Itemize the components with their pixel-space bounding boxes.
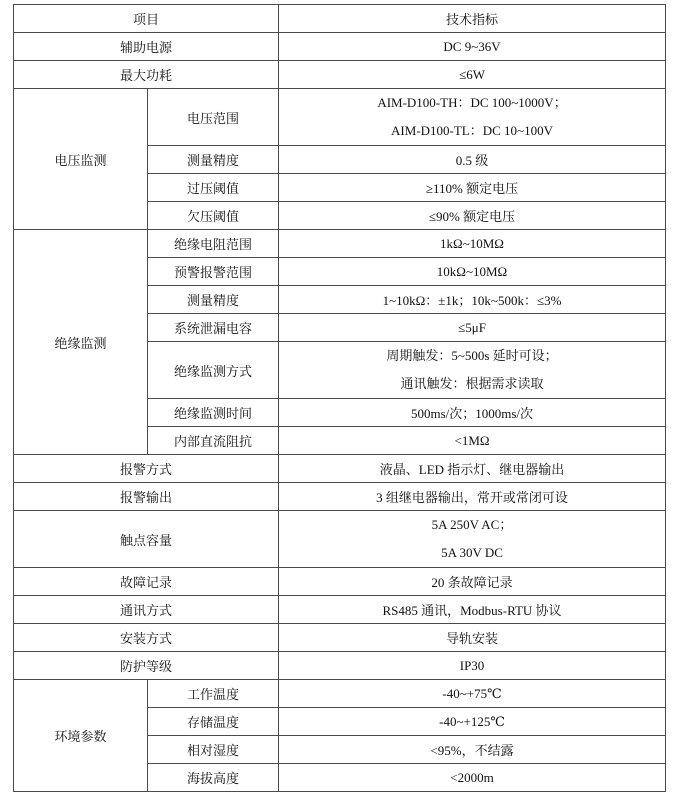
row-value-insulation-accuracy: 1~10kΩ：±1k；10k~500k：≤3%: [279, 286, 666, 314]
table-row: 电压监测 电压范围 AIM-D100-TH：DC 100~1000V； AIM-…: [14, 89, 666, 146]
value-line: AIM-D100-TL：DC 10~100V: [281, 117, 663, 145]
header-spec-cell: 技术指标: [279, 5, 666, 33]
sub-label-overvoltage-threshold: 过压阈值: [148, 174, 279, 202]
row-value-max-power: ≤6W: [279, 61, 666, 89]
row-value-altitude: <2000m: [279, 764, 666, 792]
sub-label-system-leakage-capacitance: 系统泄漏电容: [148, 314, 279, 342]
row-label-protection-level: 防护等级: [14, 652, 279, 680]
row-label-communication: 通讯方式: [14, 596, 279, 624]
sub-label-relative-humidity: 相对湿度: [148, 736, 279, 764]
row-value-communication: RS485 通讯，Modbus-RTU 协议: [279, 596, 666, 624]
group-cell-environment: 环境参数: [14, 680, 148, 792]
row-value-alarm-output: 3 组继电器输出，常开或常闭可设: [279, 483, 666, 511]
spec-table: 项目 技术指标 辅助电源 DC 9~36V 最大功耗 ≤6W 电压监测 电压范围…: [13, 4, 666, 792]
sub-label-insulation-detection-mode: 绝缘监测方式: [148, 342, 279, 399]
row-value-voltage-range: AIM-D100-TH：DC 100~1000V； AIM-D100-TL：DC…: [279, 89, 666, 146]
row-value-relative-humidity: <95%，不结露: [279, 736, 666, 764]
sub-label-working-temperature: 工作温度: [148, 680, 279, 708]
table-row: 环境参数 工作温度 -40~+75℃: [14, 680, 666, 708]
sub-label-voltage-range: 电压范围: [148, 89, 279, 146]
table-row: 绝缘监测 绝缘电阻范围 1kΩ~10MΩ: [14, 230, 666, 258]
row-value-internal-dc-impedance: <1MΩ: [279, 427, 666, 455]
value-line: 5A 250V AC；: [281, 511, 663, 539]
group-cell-insulation-monitoring: 绝缘监测: [14, 230, 148, 455]
sub-label-insulation-accuracy: 测量精度: [148, 286, 279, 314]
row-value-storage-temperature: -40~+125℃: [279, 708, 666, 736]
row-label-alarm-method: 报警方式: [14, 455, 279, 483]
table-row: 安装方式 导轨安装: [14, 624, 666, 652]
header-item-cell: 项目: [14, 5, 279, 33]
table-row: 辅助电源 DC 9~36V: [14, 33, 666, 61]
row-label-fault-record: 故障记录: [14, 568, 279, 596]
row-label-installation: 安装方式: [14, 624, 279, 652]
row-label-alarm-output: 报警输出: [14, 483, 279, 511]
row-value-insulation-detection-mode: 周期触发：5~500s 延时可设； 通讯触发：根据需求读取: [279, 342, 666, 399]
sub-label-altitude: 海拔高度: [148, 764, 279, 792]
row-value-contact-capacity: 5A 250V AC； 5A 30V DC: [279, 511, 666, 568]
value-line: AIM-D100-TH：DC 100~1000V；: [281, 89, 663, 117]
row-value-undervoltage-threshold: ≤90% 额定电压: [279, 202, 666, 230]
row-value-fault-record: 20 条故障记录: [279, 568, 666, 596]
row-value-system-leakage-capacitance: ≤5μF: [279, 314, 666, 342]
header-row: 项目 技术指标: [14, 5, 666, 33]
row-label-contact-capacity: 触点容量: [14, 511, 279, 568]
row-value-voltage-accuracy: 0.5 级: [279, 146, 666, 174]
group-cell-voltage-monitoring: 电压监测: [14, 89, 148, 230]
row-label-aux-power: 辅助电源: [14, 33, 279, 61]
value-line: 5A 30V DC: [281, 539, 663, 567]
table-row: 防护等级 IP30: [14, 652, 666, 680]
row-value-prewarning-range: 10kΩ~10MΩ: [279, 258, 666, 286]
sub-label-voltage-accuracy: 测量精度: [148, 146, 279, 174]
row-value-working-temperature: -40~+75℃: [279, 680, 666, 708]
sub-label-prewarning-range: 预警报警范围: [148, 258, 279, 286]
table-row: 最大功耗 ≤6W: [14, 61, 666, 89]
row-value-aux-power: DC 9~36V: [279, 33, 666, 61]
sub-label-insulation-resistance-range: 绝缘电阻范围: [148, 230, 279, 258]
row-value-insulation-resistance-range: 1kΩ~10MΩ: [279, 230, 666, 258]
sub-label-insulation-detection-time: 绝缘监测时间: [148, 399, 279, 427]
sub-label-undervoltage-threshold: 欠压阈值: [148, 202, 279, 230]
spec-sheet-page: 项目 技术指标 辅助电源 DC 9~36V 最大功耗 ≤6W 电压监测 电压范围…: [0, 0, 684, 793]
table-row: 故障记录 20 条故障记录: [14, 568, 666, 596]
row-label-max-power: 最大功耗: [14, 61, 279, 89]
row-value-installation: 导轨安装: [279, 624, 666, 652]
table-row: 报警输出 3 组继电器输出，常开或常闭可设: [14, 483, 666, 511]
value-line: 通讯触发：根据需求读取: [281, 370, 663, 398]
table-row: 触点容量 5A 250V AC； 5A 30V DC: [14, 511, 666, 568]
row-value-protection-level: IP30: [279, 652, 666, 680]
table-row: 通讯方式 RS485 通讯，Modbus-RTU 协议: [14, 596, 666, 624]
table-row: 报警方式 液晶、LED 指示灯、继电器输出: [14, 455, 666, 483]
row-value-alarm-method: 液晶、LED 指示灯、继电器输出: [279, 455, 666, 483]
sub-label-storage-temperature: 存储温度: [148, 708, 279, 736]
row-value-insulation-detection-time: 500ms/次；1000ms/次: [279, 399, 666, 427]
sub-label-internal-dc-impedance: 内部直流阻抗: [148, 427, 279, 455]
row-value-overvoltage-threshold: ≥110% 额定电压: [279, 174, 666, 202]
value-line: 周期触发：5~500s 延时可设；: [281, 342, 663, 370]
